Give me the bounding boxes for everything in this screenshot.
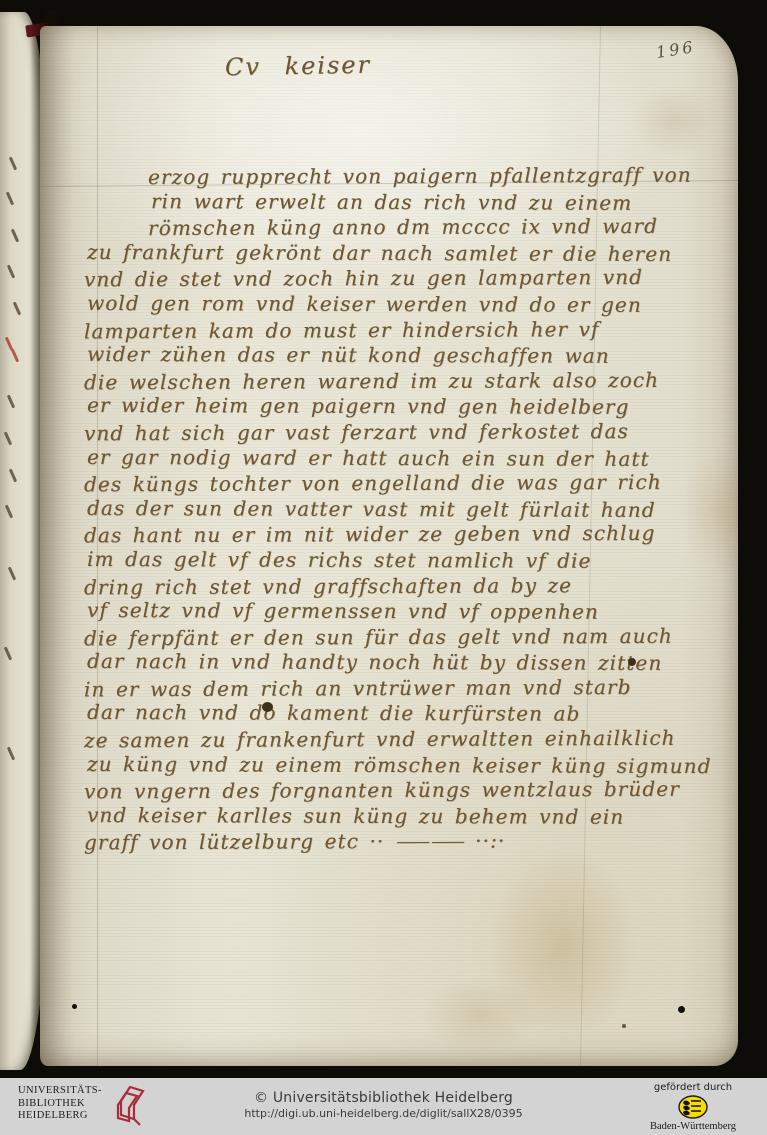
manuscript-text-line: er gar nodig ward er hatt auch ein sun d… [87, 444, 707, 472]
prev-page-text-fragment [11, 228, 19, 242]
prev-page-text-fragment [7, 264, 15, 278]
parchment-stain [630, 86, 720, 156]
manuscript-text-line: in er was dem rich an vntrüwer man vnd s… [84, 675, 704, 703]
manuscript-text-line: wold gen rom vnd keiser werden vnd do er… [87, 291, 707, 319]
funding-branding: gefördert durch Baden-Württemberg [633, 1082, 753, 1132]
parchment-stain [420, 976, 540, 1056]
manuscript-text-line: das der sun den vatter vast mit gelt für… [87, 496, 707, 524]
manuscript-text-line: erzog rupprecht von paigern pfallentzgra… [84, 163, 704, 191]
manuscript-text-line: römschen küng anno dm mcccc ix vnd ward [84, 214, 704, 242]
ink-blot [262, 702, 273, 712]
ink-blot [628, 658, 636, 666]
manuscript-text-line: vnd hat sich gar vast ferzart vnd ferkos… [84, 419, 704, 447]
prev-page-text-fragment [7, 746, 15, 760]
prev-page-text-fragment [4, 646, 12, 660]
manuscript-text-line: zu frankfurt gekrönt dar nach samlet er … [87, 240, 707, 268]
manuscript-text-line: die welschen heren warend im zu stark al… [84, 367, 704, 395]
photo-backdrop: 196 Cv keiser erzog rupprecht von paiger… [0, 0, 767, 1078]
manuscript-text-line: von vngern des forgnanten küngs wentzlau… [84, 777, 704, 805]
prev-page-text-fragment [5, 504, 13, 518]
manuscript-text-line: des küngs tochter von engelland die was … [84, 470, 704, 498]
prev-page-rubric-fragment [11, 348, 19, 362]
prev-page-text-fragment [13, 301, 21, 315]
manuscript-text-line: ze samen zu frankenfurt vnd erwaltten ei… [84, 726, 704, 754]
prev-page-text-fragment [7, 394, 15, 408]
manuscript-text-line: lamparten kam do must er hindersich her … [84, 316, 704, 344]
manuscript-text-line: er wider heim gen paigern vnd gen heidel… [87, 393, 707, 421]
wormhole [622, 1024, 626, 1028]
manuscript-text-line: im das gelt vf des richs stet namlich vf… [87, 547, 707, 575]
footer-bar: UNIVERSITÄTS- BIBLIOTHEK HEIDELBERG © Un… [0, 1078, 767, 1135]
manuscript-text-line: vnd keiser karlles sun küng zu behem vnd… [87, 803, 707, 831]
manuscript-text-line: graff von lützelburg etc ·· ⸺⸺ ··:· [84, 828, 704, 856]
manuscript-text-line: dring rich stet vnd graffschaften da by … [84, 572, 704, 600]
prev-page-text-fragment [8, 566, 16, 580]
wormhole [72, 1004, 77, 1009]
manuscript-text-block: erzog rupprecht von paigern pfallentzgra… [84, 164, 704, 855]
manuscript-text-line: dar nach in vnd handty noch hüt by disse… [87, 649, 707, 677]
manuscript-text-line: vnd die stet vnd zoch hin zu gen lampart… [84, 265, 704, 293]
manuscript-text-line: wider zühen das er nüt kond geschaffen w… [87, 342, 707, 370]
manuscript-page: 196 Cv keiser erzog rupprecht von paiger… [40, 26, 738, 1066]
funding-region-name: Baden-Württemberg [633, 1121, 753, 1132]
prev-page-text-fragment [9, 156, 17, 170]
baden-wuerttemberg-coat-of-arms-icon [677, 1095, 709, 1119]
manuscript-text-line: das hant nu er im nit wider ze geben vnd… [84, 521, 704, 549]
wormhole [678, 1006, 685, 1013]
prev-page-text-fragment [9, 468, 17, 482]
parchment-stain [488, 846, 638, 1046]
manuscript-text-line: zu küng vnd zu einem römschen keiser kün… [87, 752, 707, 780]
manuscript-text-line: die ferpfänt er den sun für das gelt vnd… [84, 623, 704, 651]
manuscript-text-line: vf seltz vnd vf germenssen vnd vf oppenh… [87, 598, 707, 626]
prev-page-text-fragment [6, 191, 14, 205]
manuscript-heading: Cv keiser [225, 51, 371, 82]
manuscript-text-line: dar nach vnd do kament die kurfürsten ab [87, 700, 707, 728]
prev-page-text-fragment [4, 431, 12, 445]
funding-label: gefördert durch [633, 1082, 753, 1093]
manuscript-text-line: rin wart erwelt an das rich vnd zu einem [87, 189, 707, 217]
folio-number: 196 [655, 37, 697, 62]
